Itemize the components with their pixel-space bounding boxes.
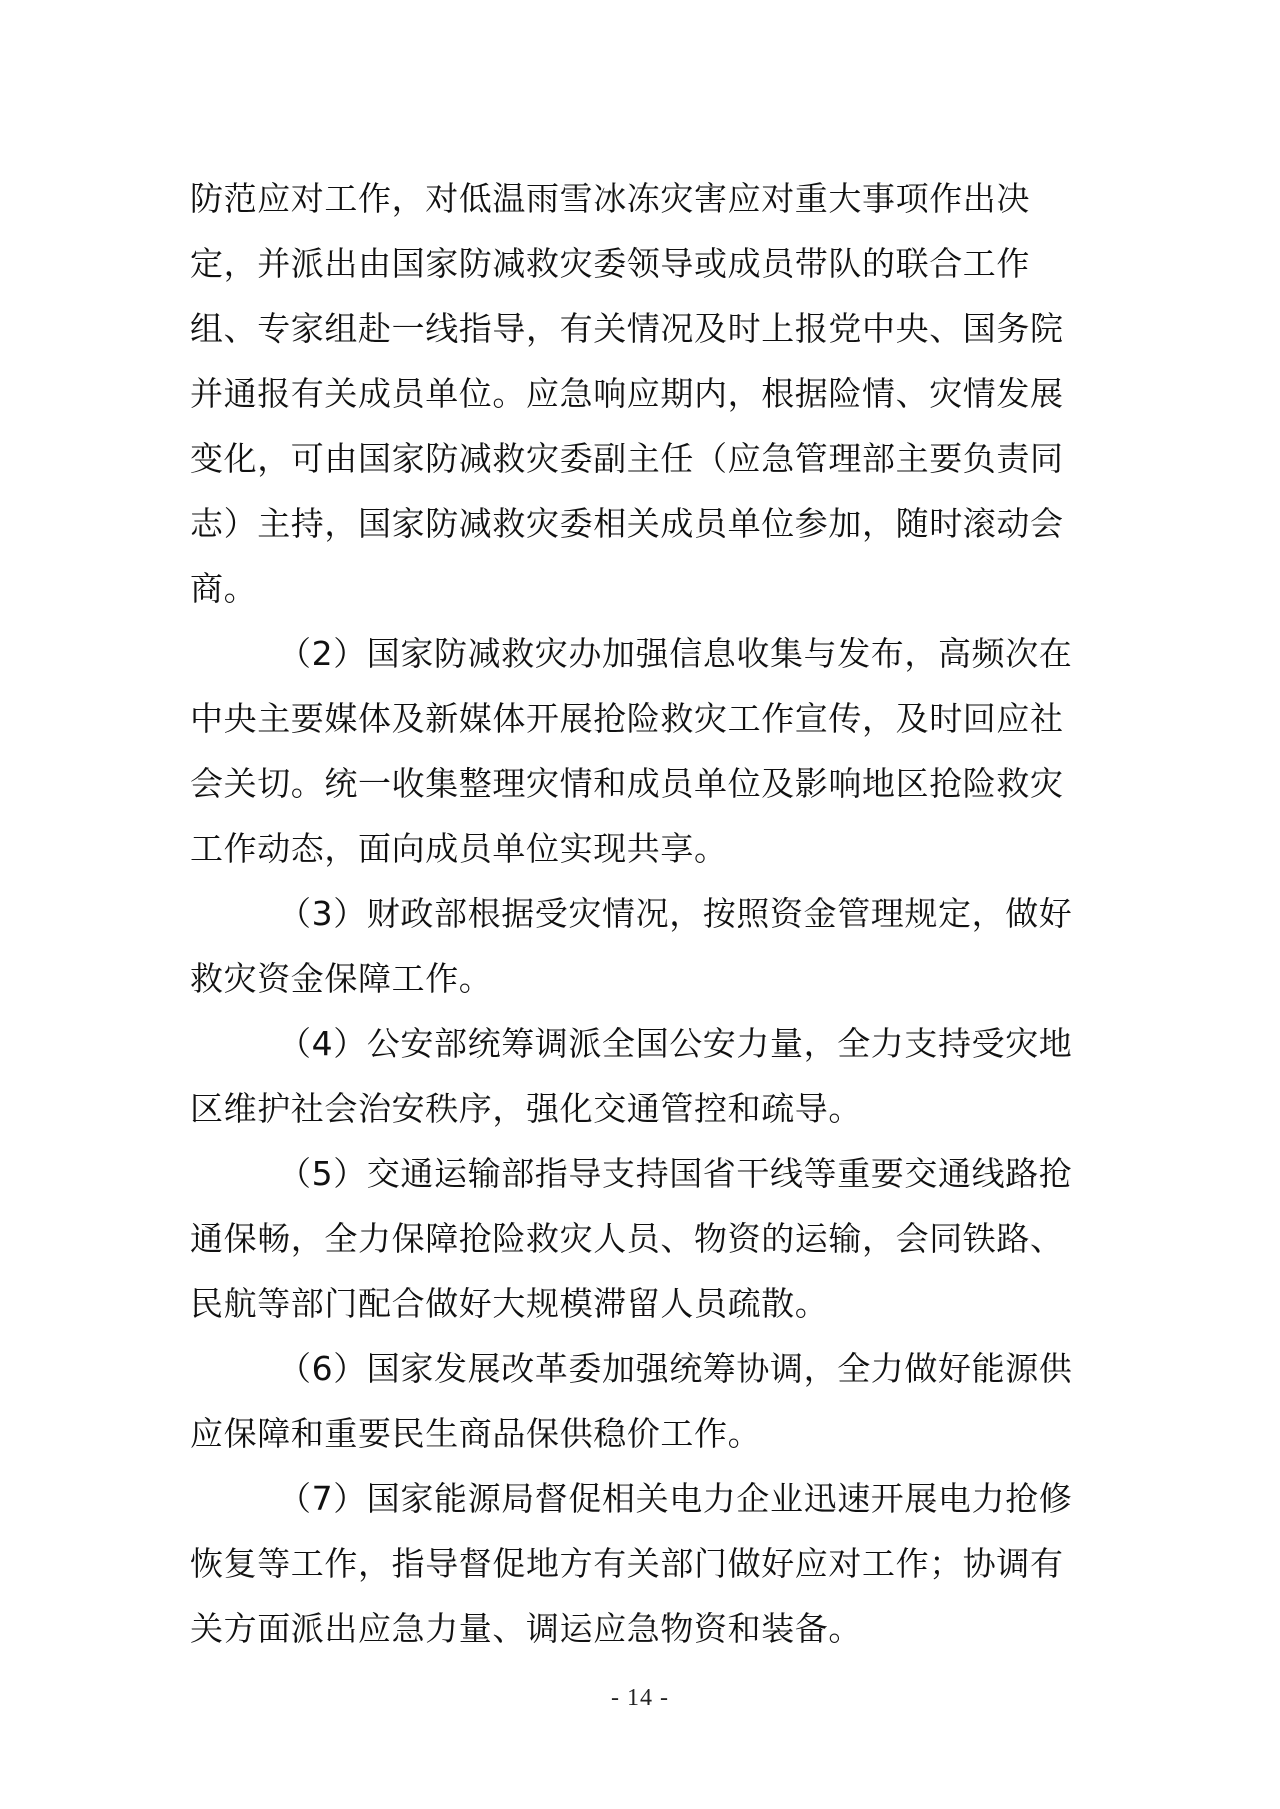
text-line: 通保畅，全力保障抢险救灾人员、物资的运输，会同铁路、: [190, 1206, 1095, 1271]
text-line: 区维护社会治安秩序，强化交通管控和疏导。: [190, 1076, 1095, 1141]
paragraph-2-start: （2）国家防减救灾办加强信息收集与发布，高频次在: [190, 621, 1095, 686]
text-line: 商。: [190, 556, 1095, 621]
text-line: 组、专家组赴一线指导，有关情况及时上报党中央、国务院: [190, 296, 1095, 361]
page-number: - 14 -: [0, 1685, 1280, 1712]
paragraph-4-start: （4）公安部统筹调派全国公安力量，全力支持受灾地: [190, 1011, 1095, 1076]
paragraph-5-start: （5）交通运输部指导支持国省干线等重要交通线路抢: [190, 1141, 1095, 1206]
paragraph-7-start: （7）国家能源局督促相关电力企业迅速开展电力抢修: [190, 1466, 1095, 1531]
text-line: 工作动态，面向成员单位实现共享。: [190, 816, 1095, 881]
text-line: 民航等部门配合做好大规模滞留人员疏散。: [190, 1271, 1095, 1336]
text-line: 关方面派出应急力量、调运应急物资和装备。: [190, 1596, 1095, 1661]
text-line: 恢复等工作，指导督促地方有关部门做好应对工作；协调有: [190, 1531, 1095, 1596]
body-text: 防范应对工作，对低温雨雪冰冻灾害应对重大事项作出决 定，并派出由国家防减救灾委领…: [190, 166, 1095, 1661]
document-page: 防范应对工作，对低温雨雪冰冻灾害应对重大事项作出决 定，并派出由国家防减救灾委领…: [0, 0, 1280, 1809]
text-line: 中央主要媒体及新媒体开展抢险救灾工作宣传，及时回应社: [190, 686, 1095, 751]
text-line: 并通报有关成员单位。应急响应期内，根据险情、灾情发展: [190, 361, 1095, 426]
text-line: 志）主持，国家防减救灾委相关成员单位参加，随时滚动会: [190, 491, 1095, 556]
text-line: 应保障和重要民生商品保供稳价工作。: [190, 1401, 1095, 1466]
text-line: 变化，可由国家防减救灾委副主任（应急管理部主要负责同: [190, 426, 1095, 491]
text-line: 救灾资金保障工作。: [190, 946, 1095, 1011]
text-line: 定，并派出由国家防减救灾委领导或成员带队的联合工作: [190, 231, 1095, 296]
paragraph-6-start: （6）国家发展改革委加强统筹协调，全力做好能源供: [190, 1336, 1095, 1401]
paragraph-3-start: （3）财政部根据受灾情况，按照资金管理规定，做好: [190, 881, 1095, 946]
text-line: 防范应对工作，对低温雨雪冰冻灾害应对重大事项作出决: [190, 166, 1095, 231]
text-line: 会关切。统一收集整理灾情和成员单位及影响地区抢险救灾: [190, 751, 1095, 816]
